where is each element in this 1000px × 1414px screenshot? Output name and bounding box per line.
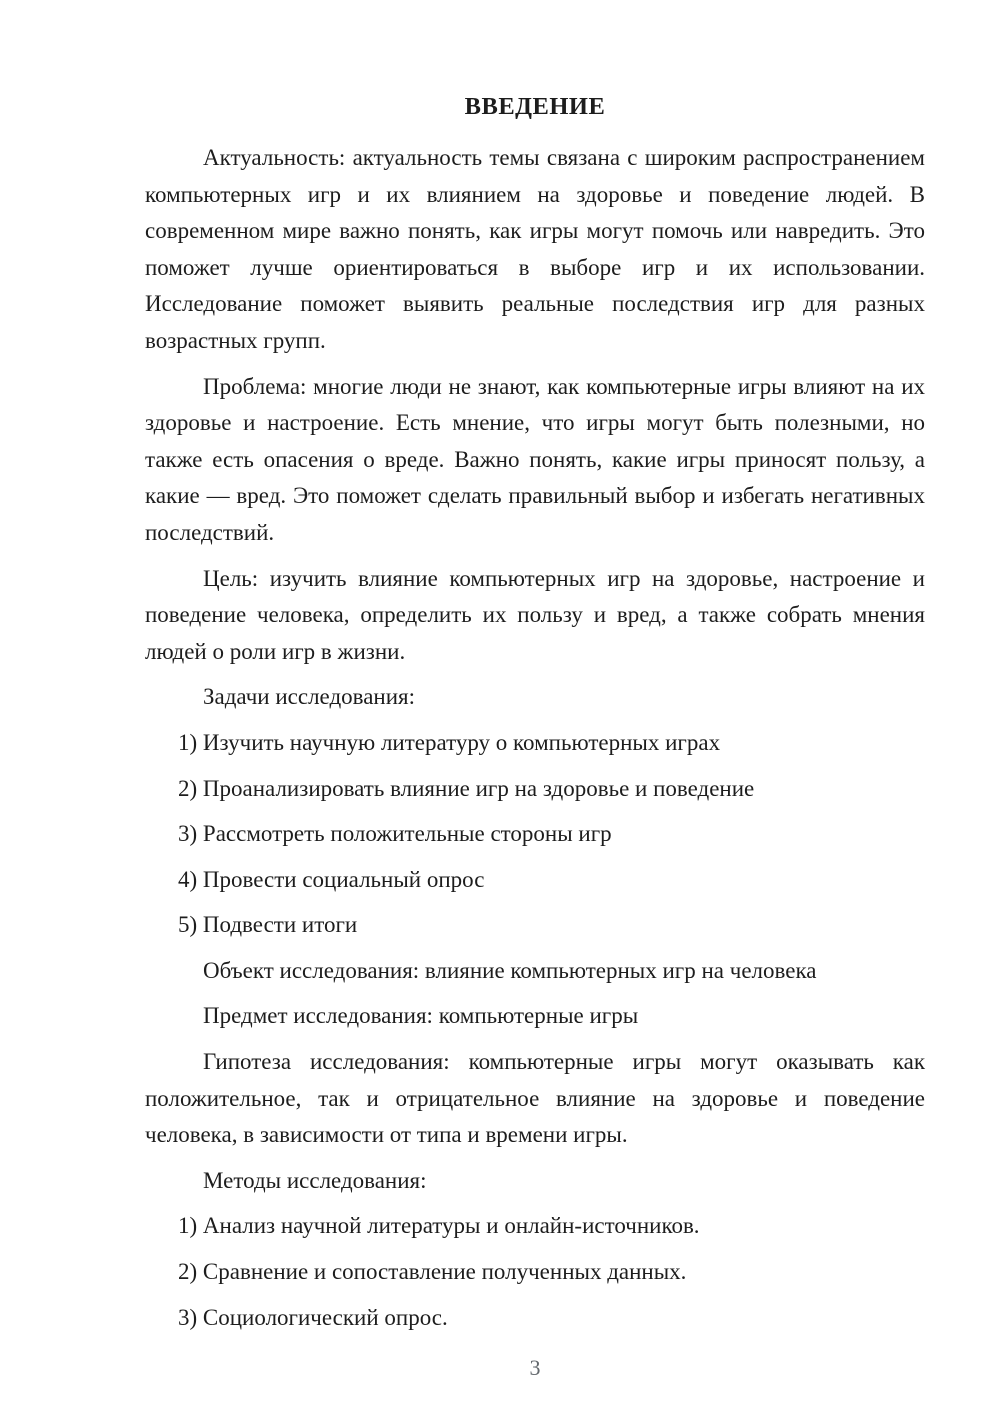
task-item-2: 2) Проанализировать влияние игр на здоро… (145, 771, 925, 808)
task-item-4: 4) Провести социальный опрос (145, 862, 925, 899)
paragraph-problem: Проблема: многие люди не знают, как комп… (145, 369, 925, 552)
method-item-2: 2) Сравнение и сопоставление полученных … (145, 1254, 925, 1291)
task-item-3: 3) Рассмотреть положительные стороны игр (145, 816, 925, 853)
methods-heading: Методы исследования: (145, 1163, 925, 1200)
paragraph-goal: Цель: изучить влияние компьютерных игр н… (145, 561, 925, 671)
object-line: Объект исследования: влияние компьютерны… (145, 953, 925, 990)
paragraph-relevance: Актуальность: актуальность темы связана … (145, 140, 925, 360)
paragraph-hypothesis: Гипотеза исследования: компьютерные игры… (145, 1044, 925, 1154)
method-item-3: 3) Социологический опрос. (145, 1300, 925, 1337)
task-item-1: 1) Изучить научную литературу о компьюте… (145, 725, 925, 762)
task-item-5: 5) Подвести итоги (145, 907, 925, 944)
method-item-1: 1) Анализ научной литературы и онлайн-ис… (145, 1208, 925, 1245)
page-number: 3 (145, 1350, 925, 1387)
subject-line: Предмет исследования: компьютерные игры (145, 998, 925, 1035)
page-title: ВВЕДЕНИЕ (145, 88, 925, 125)
document-page: ВВЕДЕНИЕ Актуальность: актуальность темы… (0, 0, 1000, 1414)
tasks-heading: Задачи исследования: (145, 679, 925, 716)
